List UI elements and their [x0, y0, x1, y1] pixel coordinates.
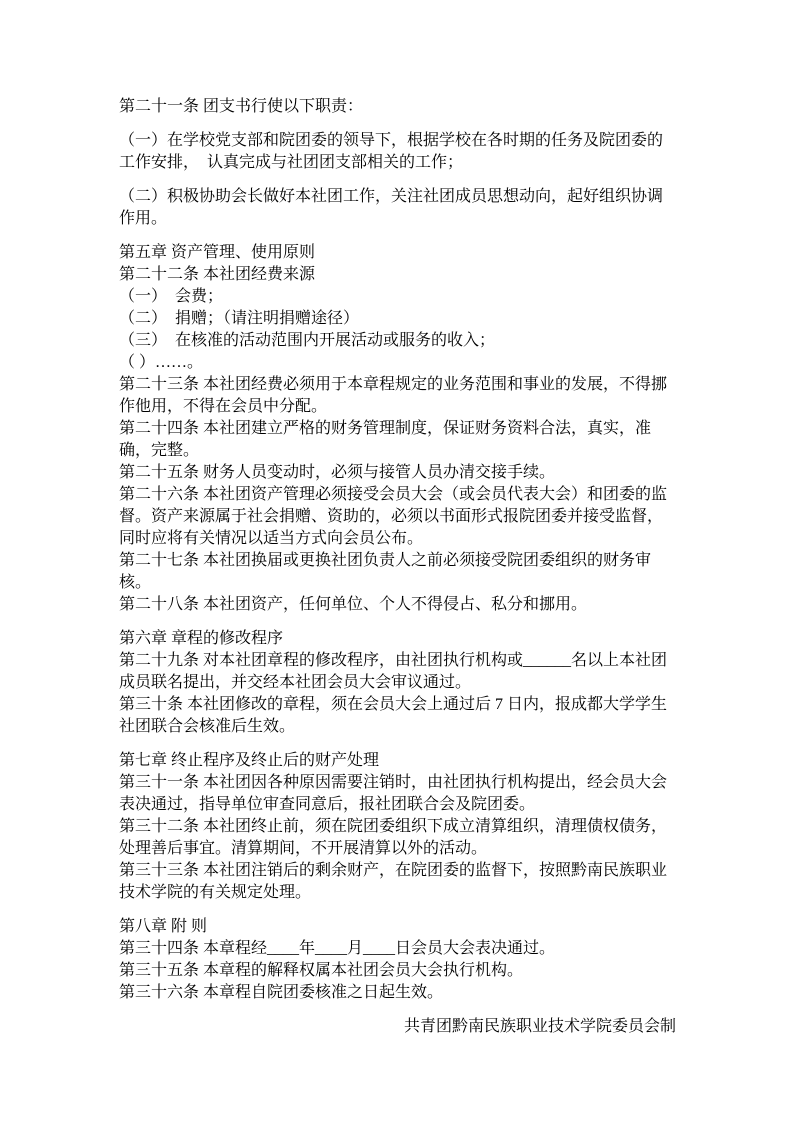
- article-30: 第三十条 本社团修改的章程，须在会员大会上通过后 7 日内，报成都大学学生社团联…: [119, 694, 676, 738]
- article-24: 第二十四条 本社团建立严格的财务管理制度，保证财务资料合法，真实，准确，完整。: [119, 418, 676, 462]
- article-26: 第二十六条 本社团资产管理必须接受会员大会（或会员代表大会）和团委的监督。资产来…: [119, 484, 676, 550]
- chapter-6-heading: 第六章 章程的修改程序: [119, 628, 676, 650]
- article-36: 第三十六条 本章程自院团委核准之日起生效。: [119, 982, 676, 1004]
- article-35: 第三十五条 本章程的解释权属本社团会员大会执行机构。: [119, 960, 676, 982]
- article-21-clause-2: （二）积极协助会长做好本社团工作，关注社团成员思想动向，起好组织协调作用。: [119, 186, 676, 230]
- article-33: 第三十三条 本社团注销后的剩余财产，在院团委的监督下，按照黔南民族职业技术学院的…: [119, 860, 676, 904]
- article-29: 第二十九条 对本社团章程的修改程序，由社团执行机构或______名以上本社团成员…: [119, 650, 676, 694]
- article-22-item-1: （一） 会费；: [119, 286, 676, 308]
- article-31: 第三十一条 本社团因各种原因需要注销时，由社团执行机构提出，经会员大会表决通过，…: [119, 772, 676, 816]
- article-28: 第二十八条 本社团资产，任何单位、个人不得侵占、私分和挪用。: [119, 594, 676, 616]
- document-body: 第二十一条 团支书行使以下职责： （一）在学校党支部和院团委的领导下，根据学校在…: [119, 96, 676, 1038]
- article-21-heading: 第二十一条 团支书行使以下职责：: [119, 96, 676, 118]
- article-34: 第三十四条 本章程经____年____月____日会员大会表决通过。: [119, 938, 676, 960]
- article-22-item-3: （三） 在核准的活动范围内开展活动或服务的收入；: [119, 330, 676, 352]
- article-21-clause-1: （一）在学校党支部和院团委的领导下，根据学校在各时期的任务及院团委的工作安排， …: [119, 130, 676, 174]
- article-22-item-blank: （ ）……。: [119, 352, 676, 374]
- article-32: 第三十二条 本社团终止前，须在院团委组织下成立清算组织，清理债权债务，处理善后事…: [119, 816, 676, 860]
- signature-line: 共青团黔南民族职业技术学院委员会制: [119, 1016, 676, 1038]
- article-27: 第二十七条 本社团换届或更换社团负责人之前必须接受院团委组织的财务审核。: [119, 550, 676, 594]
- chapter-8-heading: 第八章 附 则: [119, 916, 676, 938]
- chapter-5-heading: 第五章 资产管理、使用原则: [119, 242, 676, 264]
- chapter-7-heading: 第七章 终止程序及终止后的财产处理: [119, 750, 676, 772]
- article-25: 第二十五条 财务人员变动时，必须与接管人员办清交接手续。: [119, 462, 676, 484]
- article-22: 第二十二条 本社团经费来源: [119, 264, 676, 286]
- article-23: 第二十三条 本社团经费必须用于本章程规定的业务范围和事业的发展，不得挪作他用，不…: [119, 374, 676, 418]
- article-22-item-2: （二） 捐赠；（请注明捐赠途径）: [119, 308, 676, 330]
- document-page: 第二十一条 团支书行使以下职责： （一）在学校党支部和院团委的领导下，根据学校在…: [0, 0, 793, 1122]
